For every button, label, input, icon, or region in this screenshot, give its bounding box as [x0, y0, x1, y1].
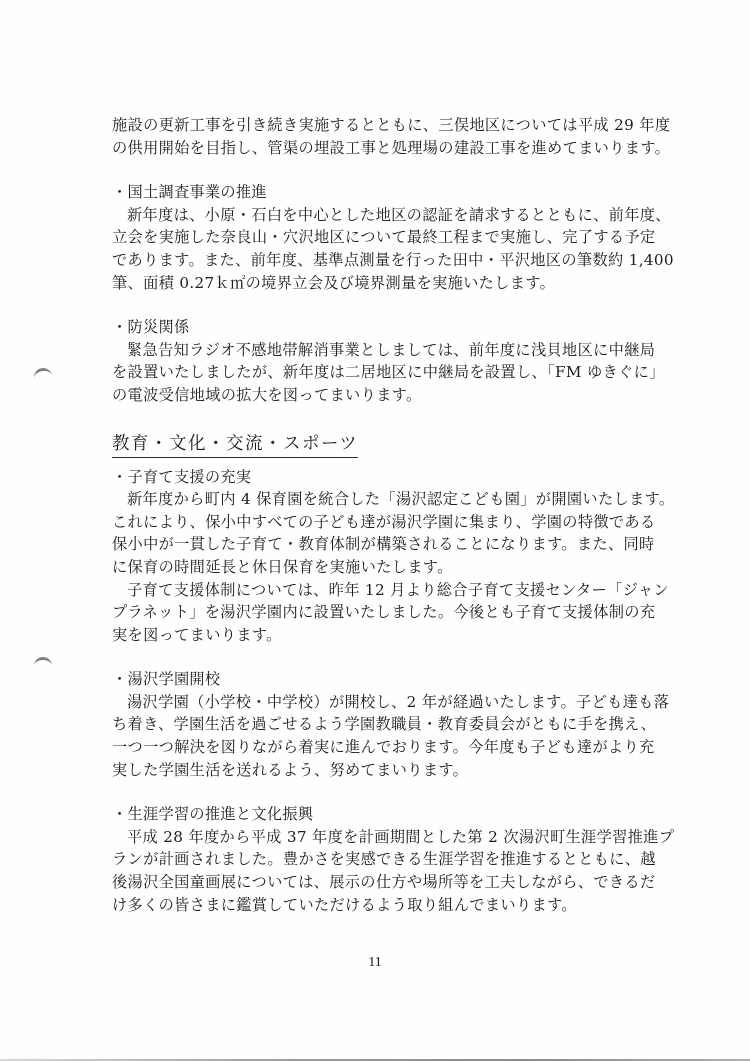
- spacer: [112, 781, 652, 803]
- section-disaster-prevention: ・防災関係 緊急告知ラジオ不感地帯解消事業としましては、前年度に浅貝地区に中継局…: [112, 316, 652, 406]
- text-line: の電波受信地域の拡大を図ってまいります。: [112, 384, 652, 407]
- text-line: ランが計画されました。豊かさを実感できる生涯学習を推進するとともに、越: [112, 848, 652, 871]
- spacer: [112, 646, 652, 668]
- section-heading: ・防災関係: [112, 316, 652, 339]
- binder-hole-mark-icon: [34, 657, 52, 674]
- binder-hole-mark-icon: [33, 367, 54, 387]
- chapter-title: 教育・文化・交流・スポーツ: [112, 431, 358, 458]
- section-heading: ・湯沢学園開校: [112, 668, 652, 691]
- intro-paragraph: 施設の更新工事を引き続き実施するとともに、三俣地区については平成 29 年度 の…: [112, 114, 652, 159]
- spacer: [112, 407, 652, 431]
- text-line: 新年度は、小原・石白を中心とした地区の認証を請求するとともに、前年度、: [112, 204, 652, 227]
- text-line: 後湯沢全国童画展については、展示の仕方や場所等を工夫しながら、できるだ: [112, 871, 652, 894]
- text-line: の供用開始を目指し、管渠の埋設工事と処理場の建設工事を進めてまいります。: [112, 137, 652, 160]
- page-body: 施設の更新工事を引き続き実施するとともに、三俣地区については平成 29 年度 の…: [112, 114, 652, 916]
- text-line: 実を図ってまいります。: [112, 624, 652, 647]
- text-line: これにより、保小中すべての子ども達が湯沢学園に集まり、学園の特徴である: [112, 511, 652, 534]
- text-line: 新年度から町内 4 保育園を統合した「湯沢認定こども園」が開園いたします。: [112, 488, 652, 511]
- section-lifelong-learning: ・生涯学習の推進と文化振興 平成 28 年度から平成 37 年度を計画期間とした…: [112, 803, 652, 916]
- text-line: 湯沢学園（小学校・中学校）が開校し、2 年が経過いたします。子ども達も落: [112, 691, 652, 714]
- text-line: に保育の時間延長と休日保育を実施いたします。: [112, 556, 652, 579]
- text-line: プラネット」を湯沢学園内に設置いたしました。今後とも子育て支援体制の充: [112, 601, 652, 624]
- spacer: [112, 294, 652, 316]
- text-line: け多くの皆さまに鑑賞していただけるよう取り組んでまいります。: [112, 894, 652, 917]
- text-line: 緊急告知ラジオ不感地帯解消事業としましては、前年度に浅貝地区に中継局: [112, 339, 652, 362]
- text-line: であります。また、前年度、基準点測量を行った田中・平沢地区の筆数約 1,400: [112, 249, 652, 272]
- document-page: 施設の更新工事を引き続き実施するとともに、三俣地区については平成 29 年度 の…: [0, 0, 750, 1061]
- section-land-survey: ・国土調査事業の推進 新年度は、小原・石白を中心とした地区の認証を請求するととも…: [112, 181, 652, 294]
- text-line: 子育て支援体制については、昨年 12 月より総合子育て支援センター「ジャン: [112, 579, 652, 602]
- text-line: 施設の更新工事を引き続き実施するとともに、三俣地区については平成 29 年度: [112, 114, 652, 137]
- section-childcare-support: ・子育て支援の充実 新年度から町内 4 保育園を統合した「湯沢認定こども園」が開…: [112, 466, 652, 647]
- spacer: [112, 159, 652, 181]
- text-line: 保小中が一貫した子育て・教育体制が構築されることになります。また、同時: [112, 533, 652, 556]
- section-heading: ・子育て支援の充実: [112, 466, 652, 489]
- text-line: 実した学園生活を送れるよう、努めてまいります。: [112, 759, 652, 782]
- text-line: を設置いたしましたが、新年度は二居地区に中継局を設置し、「FM ゆきぐに」: [112, 361, 652, 384]
- text-line: 平成 28 年度から平成 37 年度を計画期間とした第 2 次湯沢町生涯学習推進…: [112, 826, 652, 849]
- section-heading: ・国土調査事業の推進: [112, 181, 652, 204]
- text-line: 立会を実施した奈良山・穴沢地区について最終工程まで実施し、完了する予定: [112, 226, 652, 249]
- text-line: 一つ一つ解決を図りながら着実に進んでおります。今年度も子ども達がより充: [112, 736, 652, 759]
- section-heading: ・生涯学習の推進と文化振興: [112, 803, 652, 826]
- text-line: 筆、面積 0.27ｋ㎡の境界立会及び境界測量を実施いたします。: [112, 272, 652, 295]
- text-line: ち着き、学園生活を過ごせるよう学園教職員・教育委員会がともに手を携え、: [112, 713, 652, 736]
- section-yuzawa-gakuen: ・湯沢学園開校 湯沢学園（小学校・中学校）が開校し、2 年が経過いたします。子ど…: [112, 668, 652, 781]
- page-number: 11: [0, 955, 750, 971]
